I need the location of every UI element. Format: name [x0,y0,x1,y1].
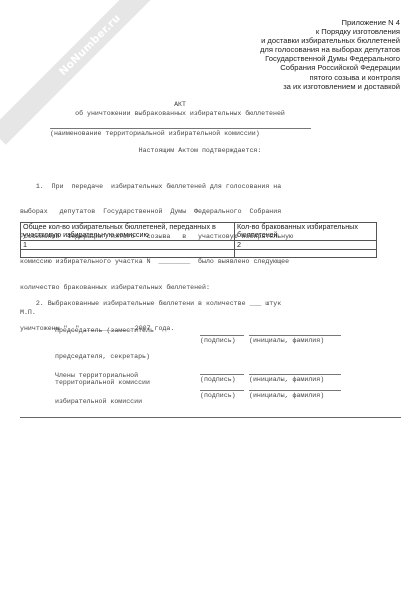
member-signature-line[interactable] [200,390,244,391]
document-title: АКТ [0,101,360,108]
stamp-label: М.П. [20,309,36,316]
appendix-line: Приложение N 4 [260,18,400,27]
appendix-line: и доставки избирательных бюллетеней [260,36,400,45]
header-total-ballots: Общее кол-во избирательных бюллетеней, п… [21,223,235,241]
table-header-row: Общее кол-во избирательных бюллетеней, п… [21,223,377,241]
document-subtitle: об уничтожении выбракованных избирательн… [0,110,360,117]
bottom-divider [20,417,401,418]
members-line: избирательной комиссии [55,398,142,407]
name-caption: (инициалы, фамилия) [249,376,324,383]
appendix-line: пятого созыва и контроля [260,73,400,82]
defective-ballots-cell[interactable] [235,249,377,257]
appendix-header: Приложение N 4 к Порядку изготовления и … [260,18,400,91]
appendix-line: Собрания Российской Федерации [260,63,400,72]
appendix-line: за их изготовлением и доставкой [260,82,400,91]
signature-caption: (подпись) [200,376,236,383]
chairman-line: Председатель (заместитель [55,327,154,336]
total-ballots-cell[interactable] [21,249,235,257]
paragraph-line: комиссию избирательного участка N ______… [20,258,293,266]
name-caption: (инициалы, фамилия) [249,337,324,344]
signature-caption: (подпись) [200,392,236,399]
members-label: Члены территориальной избирательной коми… [55,354,142,416]
column-number-2: 2 [235,240,377,249]
member-name-line[interactable] [249,374,341,375]
appendix-line: Государственной Думы Федерального [260,54,400,63]
chairman-name-line[interactable] [249,335,341,336]
table-numbering-row: 1 2 [21,240,377,249]
paragraph-line: 1. При передаче избирательных бюллетеней… [20,183,293,191]
confirm-text: Настоящим Актом подтверждается: [0,147,400,154]
table-row [21,249,377,257]
header-defective-ballots: Кол-во бракованных избирательных бюллете… [235,223,377,241]
commission-name-caption: (наименование территориальной избиратель… [50,130,260,137]
members-line: Члены территориальной [55,372,142,381]
commission-name-line[interactable] [50,128,311,129]
member-signature-line[interactable] [200,374,244,375]
name-caption: (инициалы, фамилия) [249,392,324,399]
appendix-line: к Порядку изготовления [260,27,400,36]
watermark: NoNumber.ru [0,0,190,145]
paragraph-line: 2. Выбракованные избирательные бюллетени… [20,300,281,308]
paragraph-line: выборах депутатов Государственной Думы Ф… [20,208,293,216]
member-name-line[interactable] [249,390,341,391]
signature-caption: (подпись) [200,337,236,344]
ballots-table: Общее кол-во избирательных бюллетеней, п… [20,222,377,258]
column-number-1: 1 [21,240,235,249]
appendix-line: для голосования на выборах депутатов [260,45,400,54]
chairman-signature-line[interactable] [200,335,244,336]
